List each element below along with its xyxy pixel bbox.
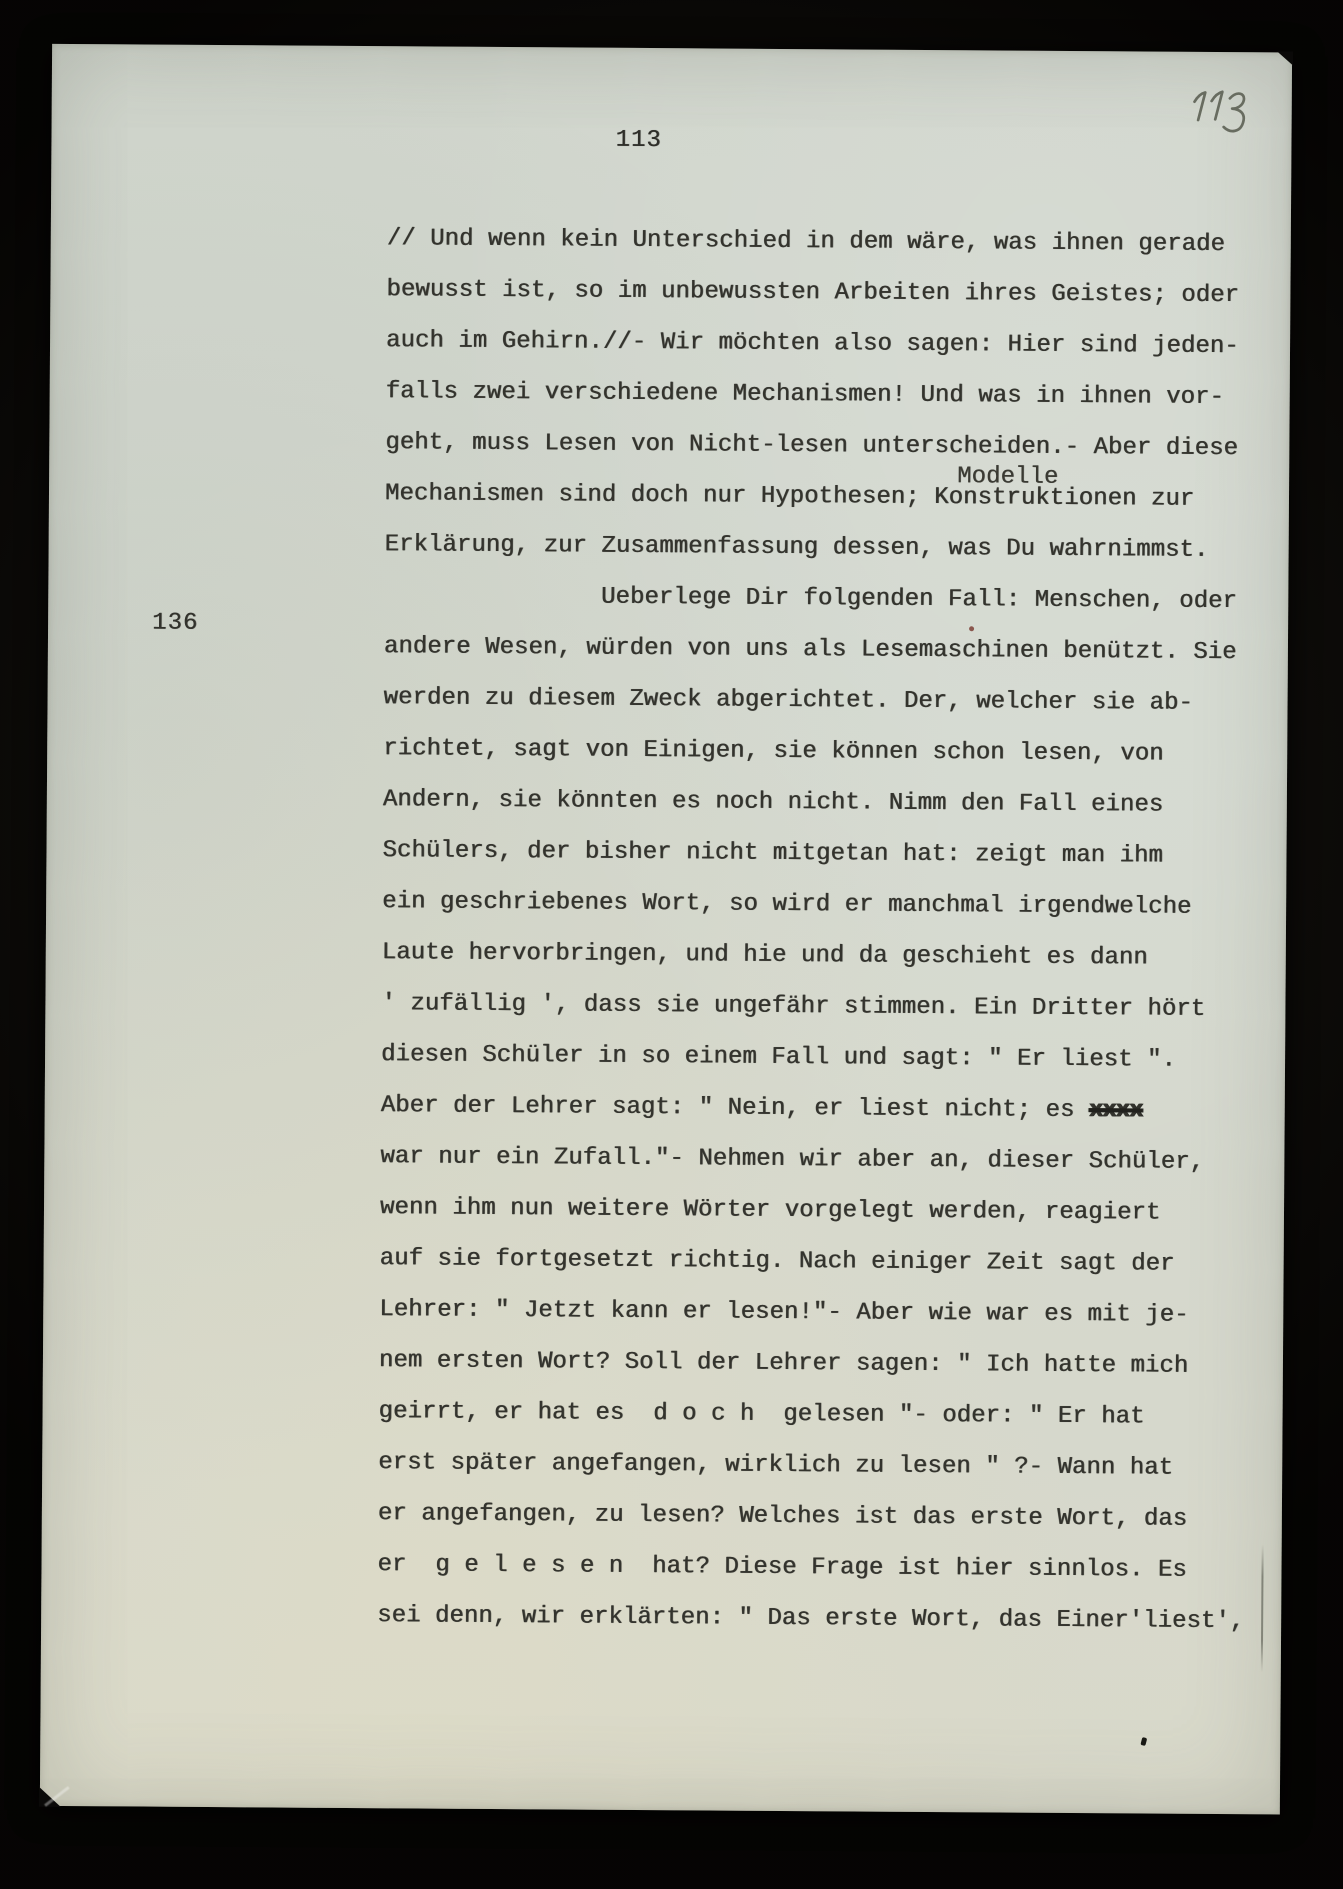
page-number: 113 — [615, 128, 661, 154]
photo-background: 113 113 136 // Und wenn kein Unterschied… — [0, 0, 1343, 1889]
handwritten-page-number: 113 — [1184, 83, 1266, 145]
text-line: Ueberlege Dir folgenden Fall: Menschen, … — [384, 570, 1284, 627]
text-line: Mechanismen sind doch nur Hypothesen; Ko… — [385, 468, 1285, 525]
top-right-corner-cut — [1277, 51, 1293, 65]
text-line: sei denn, wir erklärten: " Das erste Wor… — [377, 1590, 1277, 1647]
text-line: geht, muss Lesen von Nicht-lesen untersc… — [385, 417, 1285, 474]
text-line: er angefangen, zu lesen? Welches ist das… — [378, 1488, 1278, 1545]
text-line: Andern, sie könnten es noch nicht. Nimm … — [383, 774, 1283, 831]
text-line: Schülers, der bisher nicht mitgetan hat:… — [382, 825, 1282, 882]
text-line: werden zu diesem Zweck abgerichtet. Der,… — [383, 672, 1283, 729]
text-line: erst später angefangen, wirklich zu lese… — [378, 1437, 1278, 1494]
text-line: Lehrer: " Jetzt kann er lesen!"- Aber wi… — [379, 1284, 1279, 1341]
body-text: // Und wenn kein Unterschied in dem wäre… — [377, 213, 1287, 1647]
text-line: wenn ihm nun weitere Wörter vorgelegt we… — [380, 1182, 1280, 1239]
text-line: richtet, sagt von Einigen, sie können sc… — [383, 723, 1283, 780]
text-line: ' zufällig ', dass sie ungefähr stimmen.… — [381, 978, 1281, 1035]
red-ink-dot-mark — [969, 626, 974, 631]
document-page: 113 113 136 // Und wenn kein Unterschied… — [40, 44, 1292, 1815]
text-line: // Und wenn kein Unterschied in dem wäre… — [387, 213, 1287, 270]
text-line: er g e l e s e n hat? Diese Frage ist hi… — [377, 1539, 1277, 1596]
pencil-strokes-icon — [1184, 83, 1266, 145]
text-line: Laute hervorbringen, und hie und da gesc… — [382, 927, 1282, 984]
text-line: andere Wesen, würden von uns als Lesemas… — [384, 621, 1284, 678]
text-line: falls zwei verschiedene Mechanismen! Und… — [386, 366, 1286, 423]
text-line: geirrt, er hat es d o c h gelesen "- ode… — [378, 1386, 1278, 1443]
ink-speck — [1140, 1737, 1147, 1746]
text-line: diesen Schüler in so einem Fall und sagt… — [381, 1029, 1281, 1086]
text-line: ein geschriebenes Wort, so wird er manch… — [382, 876, 1282, 933]
text-line: Aber der Lehrer sagt: " Nein, er liest n… — [381, 1080, 1281, 1137]
margin-number: 136 — [152, 611, 198, 637]
text-line: nem ersten Wort? Soll der Lehrer sagen: … — [379, 1335, 1279, 1392]
text-line: Erklärung, zur Zusammenfassung dessen, w… — [384, 519, 1284, 576]
text-line: bewusst ist, so im unbewussten Arbeiten … — [386, 264, 1286, 321]
text-line: auf sie fortgesetzt richtig. Nach einige… — [379, 1233, 1279, 1290]
interline-insertion: Modelle — [957, 464, 1058, 491]
text-line: auch im Gehirn.//- Wir möchten also sage… — [386, 315, 1286, 372]
struck-out-word: xxxx — [1089, 1097, 1143, 1124]
text-line: war nur ein Zufall."- Nehmen wir aber an… — [380, 1131, 1280, 1188]
